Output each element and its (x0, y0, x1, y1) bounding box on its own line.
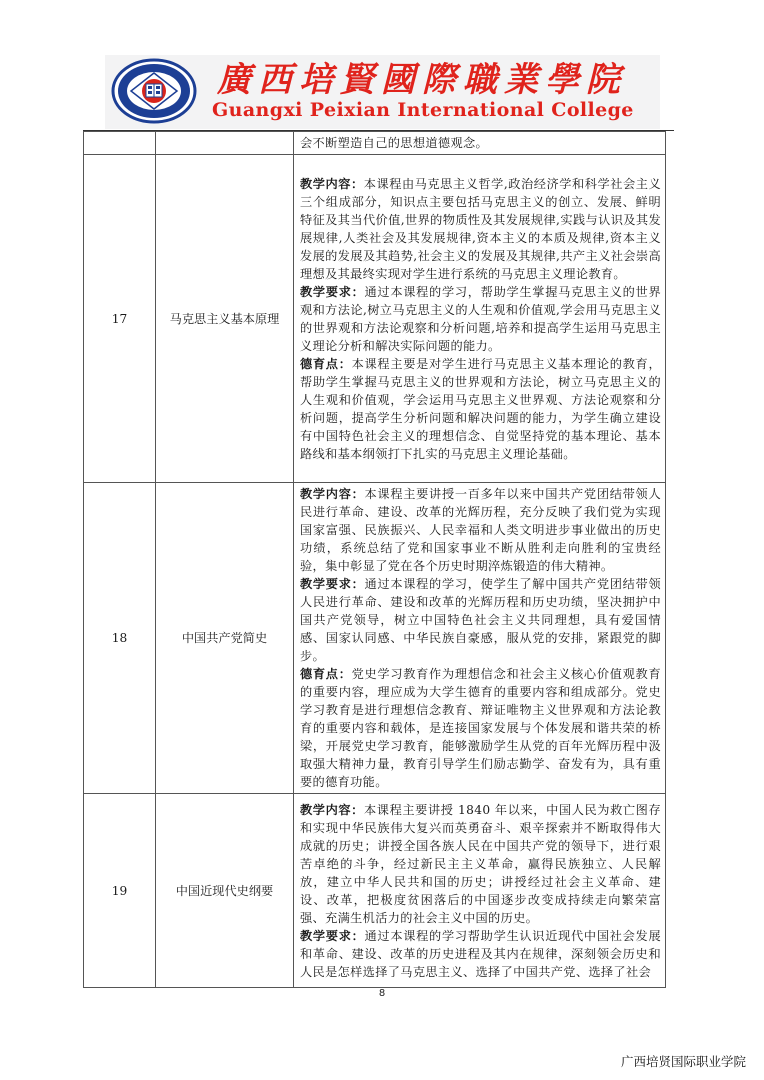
footer-college-name: 广西培贤国际职业学院 (621, 1052, 746, 1070)
college-name-chinese: 廣西培賢國際職業學院 (217, 59, 657, 101)
college-banner: 廣西培賢國際職業學院 Guangxi Peixian International… (105, 55, 660, 129)
teaching-requirements: 教学要求：通过本课程的学习，帮助学生掌握马克思主义的世界观和方法论,树立马克思主… (300, 283, 661, 355)
section-label: 教学内容： (300, 177, 364, 191)
course-description: 教学内容：本课程主要讲授一百多年以来中国共产党团结带领人民进行革命、建设、改革的… (294, 483, 666, 794)
course-number: 18 (84, 483, 156, 794)
teaching-content: 教学内容：本课程由马克思主义哲学,政治经济学和科学社会主义三个组成部分，知识点主… (300, 175, 661, 283)
course-name: 马克思主义基本原理 (156, 155, 294, 483)
course-name (156, 132, 294, 155)
college-seal-icon (111, 58, 197, 124)
teaching-requirements: 教学要求：通过本课程的学习，使学生了解中国共产党团结带领人民进行革命、建设和改革… (300, 575, 661, 665)
course-name: 中国共产党简史 (156, 483, 294, 794)
teaching-requirements: 教学要求：通过本课程的学习帮助学生认识近现代中国社会发展和革命、建设、改革的历史… (300, 927, 661, 981)
moral-education-points: 德育点：本课程主要是对学生进行马克思主义基本理论的教育，帮助学生掌握马克思主义的… (300, 355, 661, 463)
table-row: 18 中国共产党简史 教学内容：本课程主要讲授一百多年以来中国共产党团结带领人民… (84, 483, 666, 794)
teaching-content: 教学内容：本课程主要讲授一百多年以来中国共产党团结带领人民进行革命、建设、改革的… (300, 485, 661, 575)
course-number (84, 132, 156, 155)
section-label: 教学内容： (300, 803, 364, 817)
table-row: 会不断塑造自己的思想道德观念。 (84, 132, 666, 155)
teaching-content: 教学内容：本课程主要讲授 1840 年以来，中国人民为救亡图存和实现中华民族伟大… (300, 801, 661, 927)
section-label: 教学要求： (300, 285, 365, 299)
section-label: 教学要求： (300, 577, 365, 591)
course-description: 教学内容：本课程主要讲授 1840 年以来，中国人民为救亡图存和实现中华民族伟大… (294, 794, 666, 988)
section-label: 德育点： (300, 667, 352, 681)
course-description: 教学内容：本课程由马克思主义哲学,政治经济学和科学社会主义三个组成部分，知识点主… (294, 155, 666, 483)
section-text: 本课程主要讲授 1840 年以来，中国人民为救亡图存和实现中华民族伟大复兴而英勇… (300, 803, 661, 925)
section-text: 本课程主要是对学生进行马克思主义基本理论的教育，帮助学生掌握马克思主义的世界观和… (300, 357, 661, 461)
section-label: 教学要求： (300, 929, 365, 943)
college-name-english: Guangxi Peixian International College (212, 99, 634, 121)
page-number: 8 (0, 988, 764, 999)
moral-education-points: 德育点：党史学习教育作为理想信念和社会主义核心价值观教育的重要内容，理应成为大学… (300, 665, 661, 791)
course-number: 19 (84, 794, 156, 988)
course-description: 会不断塑造自己的思想道德观念。 (294, 132, 666, 155)
course-name: 中国近现代史纲要 (156, 794, 294, 988)
course-number: 17 (84, 155, 156, 483)
section-text: 党史学习教育作为理想信念和社会主义核心价值观教育的重要内容，理应成为大学生德育的… (300, 667, 661, 789)
table-row: 19 中国近现代史纲要 教学内容：本课程主要讲授 1840 年以来，中国人民为救… (84, 794, 666, 988)
course-table: 会不断塑造自己的思想道德观念。 17 马克思主义基本原理 教学内容：本课程由马克… (83, 131, 666, 988)
continued-text: 会不断塑造自己的思想道德观念。 (300, 134, 661, 152)
section-text: 本课程由马克思主义哲学,政治经济学和科学社会主义三个组成部分，知识点主要包括马克… (300, 177, 661, 281)
section-label: 德育点： (300, 357, 352, 371)
section-label: 教学内容： (300, 487, 365, 501)
table-row: 17 马克思主义基本原理 教学内容：本课程由马克思主义哲学,政治经济学和科学社会… (84, 155, 666, 483)
